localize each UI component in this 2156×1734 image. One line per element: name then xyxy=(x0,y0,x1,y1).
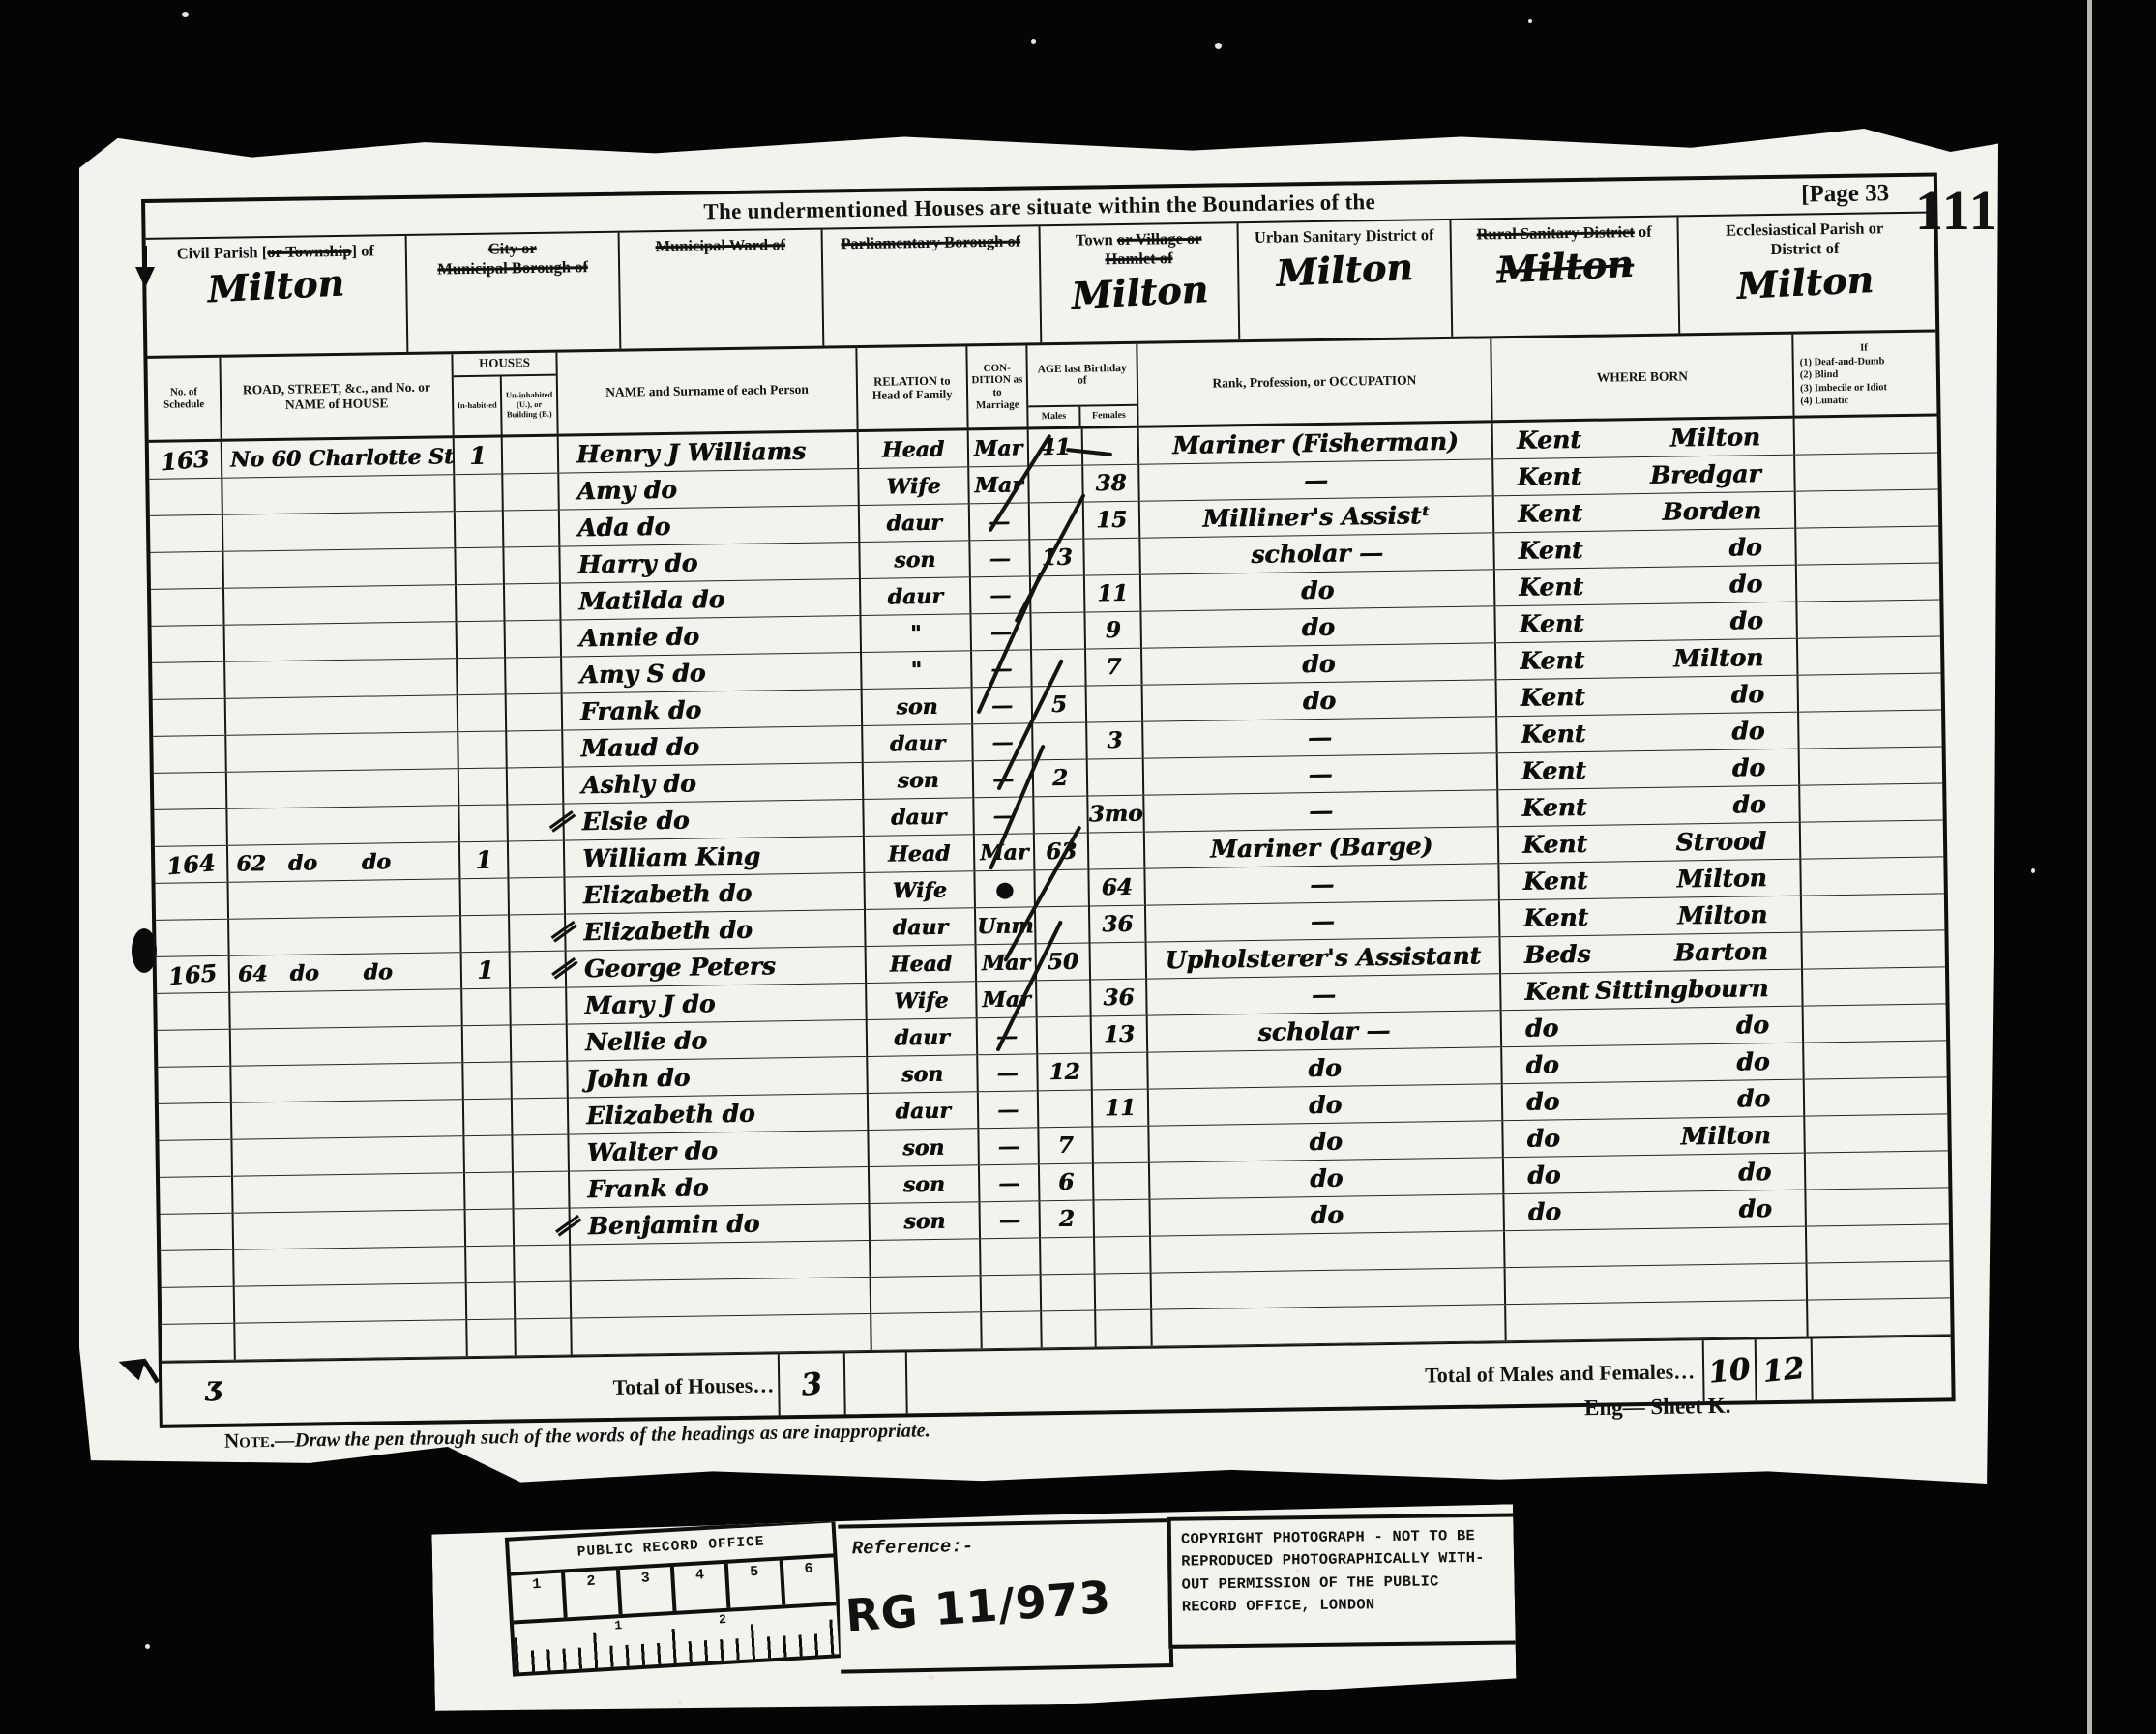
cell-age-female xyxy=(1095,1237,1152,1274)
cell-age-female: 7 xyxy=(1086,649,1143,686)
cell-relation: daur xyxy=(860,504,971,542)
cell-occupation: Mariner (Fisherman) xyxy=(1139,423,1494,463)
cell-age-male xyxy=(1038,1017,1093,1054)
cell-relation xyxy=(871,1312,983,1350)
cell-occupation: do xyxy=(1150,1158,1505,1198)
box-ecclesiastical: Ecclesiastical Parish or District of Mil… xyxy=(1678,214,1932,334)
cell-where-born: dodo xyxy=(1503,1080,1806,1121)
cell-occupation: do xyxy=(1150,1194,1505,1235)
cell-infirmities xyxy=(1795,454,1934,491)
cell-name: Ashly do xyxy=(564,763,865,804)
cell-occupation: do xyxy=(1141,570,1496,610)
cell-uninhabited xyxy=(516,1282,573,1319)
scale-number: 2 xyxy=(565,1570,622,1617)
cell-schedule-number xyxy=(159,1103,233,1140)
header-where-born: WHERE BORN xyxy=(1491,335,1794,421)
cell-age-female: 36 xyxy=(1091,980,1148,1016)
cell-relation: Head xyxy=(859,430,970,468)
cell-age-female xyxy=(1094,1163,1151,1200)
cell-relation: son xyxy=(863,688,974,725)
cell-age-female: 11 xyxy=(1085,575,1142,612)
cell-infirmities xyxy=(1804,1041,1943,1078)
cell-relation xyxy=(871,1276,983,1313)
cell-infirmities xyxy=(1806,1151,1945,1189)
census-form-table: The undermentioned Houses are situate wi… xyxy=(141,172,1956,1427)
cell-relation: son xyxy=(864,761,975,799)
cell-where-born: dodo xyxy=(1504,1190,1807,1231)
header-relation: RELATION to Head of Family xyxy=(857,346,968,429)
cell-infirmities xyxy=(1808,1298,1947,1336)
totals-margin: ʒ xyxy=(162,1361,338,1425)
cell-schedule-number xyxy=(156,920,230,956)
cell-condition: — xyxy=(970,540,1031,576)
cell-infirmities xyxy=(1807,1224,1946,1262)
cell-inhabited xyxy=(461,915,511,952)
cell-inhabited xyxy=(458,731,508,768)
cell-uninhabited xyxy=(514,1172,571,1209)
cell-road-street: 64 do do xyxy=(230,953,463,992)
parliamentary-borough-label: Parliamentary Borough of xyxy=(823,231,1039,253)
cell-road-street xyxy=(231,1026,464,1066)
cell-inhabited xyxy=(455,474,504,511)
town-village-label: Town or Village or Hamlet of xyxy=(1041,228,1238,270)
header-houses-group: HOUSES In-habit-ed Un-inhabited (U.), or… xyxy=(453,353,558,436)
total-houses-label: Total of Houses… xyxy=(337,1354,781,1422)
cell-occupation: do xyxy=(1149,1084,1504,1125)
cell-name: George Peters xyxy=(567,947,868,987)
cell-uninhabited xyxy=(503,474,560,511)
cell-inhabited xyxy=(459,768,509,805)
film-speck xyxy=(1296,1569,1300,1572)
cell-inhabited xyxy=(463,1062,513,1099)
box-urban-sanitary: Urban Sanitary District of Milton xyxy=(1238,220,1453,339)
totals-spacer xyxy=(845,1352,908,1414)
cell-infirmities xyxy=(1796,490,1935,528)
cell-road-street xyxy=(229,916,462,955)
cell-uninhabited xyxy=(504,547,561,584)
total-males-value: 10 xyxy=(1702,1339,1757,1401)
header-houses: HOUSES xyxy=(453,353,555,378)
cell-uninhabited xyxy=(513,1135,570,1172)
cell-occupation xyxy=(1151,1231,1506,1272)
cell-occupation: scholar — xyxy=(1140,533,1495,573)
cell-road-street xyxy=(235,1320,468,1360)
cell-name: Nellie do xyxy=(568,1020,869,1061)
cell-age-female xyxy=(1084,539,1141,575)
cell-condition: — xyxy=(978,1054,1039,1091)
cell-where-born xyxy=(1505,1227,1808,1268)
cell-schedule-number xyxy=(161,1214,235,1250)
cell-infirmities xyxy=(1798,637,1937,675)
cell-inhabited xyxy=(462,988,512,1025)
cell-name xyxy=(572,1278,872,1318)
cell-inhabited xyxy=(458,621,507,658)
cell-where-born: Kentdo xyxy=(1495,602,1798,643)
cell-condition: — xyxy=(971,613,1032,650)
cell-schedule-number xyxy=(150,515,224,552)
cell-age-female: 9 xyxy=(1085,612,1142,649)
cell-uninhabited xyxy=(512,1062,569,1099)
cell-where-born: Kentdo xyxy=(1497,676,1800,717)
boundary-title: The undermentioned Houses are situate wi… xyxy=(703,190,1375,224)
cell-where-born: Kentdo xyxy=(1498,786,1801,827)
cell-age-male: 63 xyxy=(1035,834,1090,870)
cell-inhabited xyxy=(459,805,509,841)
box-parliamentary-borough: Parliamentary Borough of xyxy=(823,226,1043,345)
cell-where-born: KentMilton xyxy=(1493,419,1796,459)
census-page-paper: 111 The undermentioned Houses are situat… xyxy=(79,122,1998,1484)
cell-name: Matilda do xyxy=(561,579,862,620)
reference-stamp-box: Reference:- RG 11/973 xyxy=(838,1518,1173,1674)
cell-relation: daur xyxy=(866,908,977,946)
cell-uninhabited xyxy=(515,1246,572,1282)
cell-name: Amy S do xyxy=(562,653,863,693)
cell-occupation: — xyxy=(1145,864,1500,904)
cell-schedule-number xyxy=(160,1177,234,1214)
cell-inhabited xyxy=(464,1099,514,1135)
cell-uninhabited xyxy=(506,658,563,694)
cell-infirmities xyxy=(1808,1261,1947,1299)
cell-condition: Unm xyxy=(976,907,1037,944)
cell-name: Elizabeth do xyxy=(569,1094,870,1134)
total-females-value: 12 xyxy=(1757,1339,1814,1401)
cell-occupation: — xyxy=(1147,974,1502,1014)
total-houses-value: 3 xyxy=(780,1353,846,1415)
cell-infirmities xyxy=(1804,1004,1943,1042)
cell-name: Frank do xyxy=(570,1167,871,1208)
cell-occupation: — xyxy=(1144,753,1499,794)
cell-occupation xyxy=(1152,1305,1507,1345)
cell-schedule-number: 165 xyxy=(157,956,231,993)
cell-infirmities xyxy=(1800,784,1939,822)
municipal-ward-label: Municipal Ward of xyxy=(620,235,821,257)
cell-infirmities xyxy=(1805,1077,1944,1115)
cell-age-female xyxy=(1093,1127,1150,1163)
cell-inhabited: 1 xyxy=(455,437,504,474)
cell-name: Henry J Williams xyxy=(559,432,860,473)
cell-name: Elsie do xyxy=(564,800,865,840)
cell-age-female xyxy=(1092,1053,1149,1090)
cell-age-female xyxy=(1094,1200,1151,1237)
cell-condition xyxy=(982,1311,1043,1348)
cell-relation xyxy=(871,1239,982,1277)
cell-inhabited xyxy=(465,1172,515,1209)
cell-relation: Head xyxy=(867,945,978,983)
census-entries: 163 No 60 Charlotte St 1 Henry J William… xyxy=(149,416,1951,1361)
film-speck xyxy=(1528,19,1532,23)
cell-age-female xyxy=(1088,759,1145,796)
header-occupation: Rank, Profession, or OCCUPATION xyxy=(1137,338,1492,425)
box-town-village: Town or Village or Hamlet of Milton xyxy=(1041,223,1241,342)
cell-occupation: scholar — xyxy=(1148,1011,1503,1051)
cell-where-born xyxy=(1506,1301,1809,1341)
cell-road-street xyxy=(227,769,460,808)
cell-infirmities xyxy=(1795,417,1934,455)
cell-uninhabited xyxy=(505,584,562,621)
cell-age-female xyxy=(1089,833,1146,869)
cell-where-born: Kentdo xyxy=(1495,566,1798,606)
cell-infirmities xyxy=(1798,674,1937,712)
cell-age-female: 36 xyxy=(1090,906,1147,943)
urban-sanitary-value: Milton xyxy=(1275,245,1414,295)
cell-condition xyxy=(981,1238,1042,1275)
cell-infirmities xyxy=(1800,748,1939,785)
scale-number: 6 xyxy=(783,1557,836,1604)
cell-relation: " xyxy=(862,651,973,689)
cell-age-female: 3mo xyxy=(1088,796,1145,833)
reference-label: Reference:- xyxy=(852,1536,974,1559)
cell-where-born: KentMilton xyxy=(1499,860,1802,900)
cell-relation: Wife xyxy=(859,467,970,505)
cell-age-male: 12 xyxy=(1038,1054,1093,1091)
cell-name: John do xyxy=(568,1057,869,1098)
cell-where-born: BedsBarton xyxy=(1500,933,1803,974)
cell-where-born: dodo xyxy=(1502,1043,1805,1084)
cell-age-female xyxy=(1087,686,1144,722)
cell-condition: ● xyxy=(975,870,1036,907)
cell-road-street xyxy=(234,1210,467,1249)
cell-age-male xyxy=(1039,1091,1094,1128)
cell-road-street xyxy=(227,806,460,845)
cell-road-street xyxy=(225,659,458,698)
cell-inhabited xyxy=(460,878,510,915)
cell-name: Benjamin do xyxy=(571,1204,871,1245)
cell-inhabited xyxy=(457,584,506,621)
cell-age-male: 7 xyxy=(1039,1128,1094,1164)
cell-occupation: do xyxy=(1143,680,1498,720)
cell-condition: Mar xyxy=(969,429,1030,466)
header-females: Females xyxy=(1080,406,1137,426)
cell-relation: daur xyxy=(861,577,972,615)
cell-road-street xyxy=(231,1063,464,1102)
cell-name: Maud do xyxy=(563,726,864,767)
public-record-office-stamp: PUBLIC RECORD OFFICE 1 2 3 4 5 6 1 2 xyxy=(505,1518,843,1676)
cell-occupation: do xyxy=(1141,606,1496,647)
pen-arrow-bottom-mark xyxy=(115,1351,146,1381)
header-name: NAME and Surname of each Person xyxy=(557,348,858,434)
municipal-borough-label: City or Municipal Borough of xyxy=(407,238,619,279)
cell-infirmities xyxy=(1805,1114,1944,1152)
cell-infirmities xyxy=(1797,601,1936,638)
cell-condition: — xyxy=(980,1201,1041,1238)
cell-name xyxy=(571,1241,871,1281)
film-edge-line xyxy=(2087,0,2092,1734)
cell-road-street xyxy=(223,548,457,588)
cell-inhabited xyxy=(463,1025,513,1062)
cell-uninhabited xyxy=(506,621,563,658)
rural-sanitary-label: Rural Sanitary District of xyxy=(1452,221,1677,245)
cell-where-born xyxy=(1506,1264,1809,1305)
box-municipal-borough: City or Municipal Borough of xyxy=(407,233,622,352)
film-speck xyxy=(182,12,189,17)
cell-where-born: KentBorden xyxy=(1494,492,1797,533)
cell-infirmities xyxy=(1797,564,1936,602)
cell-infirmities xyxy=(1803,967,1942,1005)
cell-condition: — xyxy=(980,1164,1041,1201)
cell-relation: son xyxy=(869,1129,980,1166)
cell-age-male xyxy=(1036,907,1091,944)
cell-infirmities xyxy=(1801,857,1940,895)
cell-infirmities xyxy=(1802,930,1941,968)
cell-uninhabited xyxy=(508,768,565,805)
cell-inhabited xyxy=(467,1319,517,1356)
header-age-group: AGE last Birthday of Males Females xyxy=(1027,344,1138,427)
cell-name: Walter do xyxy=(569,1131,870,1171)
cell-where-born: Kentdo xyxy=(1498,749,1801,790)
cell-age-male xyxy=(1037,981,1092,1017)
cell-age-male: 41 xyxy=(1029,429,1084,466)
cell-relation: son xyxy=(870,1202,981,1240)
cell-road-street xyxy=(228,879,461,919)
cell-where-born: KentMilton xyxy=(1496,639,1799,680)
sheet-label: Eng— Sheet K. xyxy=(1584,1394,1731,1421)
cell-where-born: Kentdo xyxy=(1494,529,1797,570)
cell-schedule-number: 163 xyxy=(149,442,223,479)
cell-uninhabited xyxy=(503,437,560,474)
cell-schedule-number xyxy=(159,1140,233,1177)
archive-stamp-strip: PUBLIC RECORD OFFICE 1 2 3 4 5 6 1 2 Ref… xyxy=(431,1504,1517,1716)
cell-inhabited xyxy=(456,547,505,584)
film-speck xyxy=(929,1675,934,1680)
cell-occupation: Upholsterer's Assistant xyxy=(1147,937,1502,978)
cell-schedule-number xyxy=(158,1067,232,1103)
cell-relation: son xyxy=(870,1165,981,1203)
cell-road-street xyxy=(232,1100,465,1139)
cell-inhabited xyxy=(464,1135,514,1172)
cell-schedule-number xyxy=(162,1287,236,1324)
scale-number: 3 xyxy=(620,1567,677,1614)
cell-age-male: 2 xyxy=(1034,760,1089,797)
census-scan-photograph: { "page": { "boundary_title": "The under… xyxy=(0,0,2156,1734)
copyright-line: RECORD OFFICE, LONDON xyxy=(1182,1592,1517,1618)
header-infirmities: If (1) Deaf-and-Dumb (2) Blind (3) Imbec… xyxy=(1793,333,1933,416)
totals-infirmities-cell xyxy=(1813,1337,1952,1399)
cell-age-female xyxy=(1096,1310,1153,1347)
cell-uninhabited xyxy=(513,1099,570,1135)
cell-relation: son xyxy=(868,1055,979,1093)
civil-parish-value: Milton xyxy=(207,261,346,311)
cell-age-male xyxy=(1042,1310,1097,1347)
cell-age-male xyxy=(1042,1274,1097,1310)
cell-occupation: — xyxy=(1139,459,1494,500)
header-schedule: No. ofSchedule xyxy=(147,358,222,440)
header-age: AGE last Birthday of xyxy=(1027,344,1137,406)
cell-road-street: No 60 Charlotte St xyxy=(222,438,456,478)
copyright-line: REPRODUCED PHOTOGRAPHICALLY WITH- xyxy=(1181,1547,1516,1573)
cell-road-street xyxy=(233,1173,466,1213)
cell-road-street xyxy=(230,989,463,1029)
copyright-stamp-box: COPYRIGHT PHOTOGRAPH - NOT TO BE REPRODU… xyxy=(1167,1513,1531,1649)
cell-where-born: dodo xyxy=(1504,1154,1807,1194)
cell-where-born: dodo xyxy=(1502,1007,1805,1047)
cell-name: Frank do xyxy=(563,690,864,730)
cell-age-male xyxy=(1041,1237,1096,1274)
cell-uninhabited xyxy=(509,841,566,878)
cell-where-born: Kentdo xyxy=(1497,713,1800,753)
cell-name: William King xyxy=(565,837,866,877)
cell-infirmities xyxy=(1806,1188,1945,1225)
cell-where-born: KentBredgar xyxy=(1493,456,1796,496)
cell-relation: daur xyxy=(868,1018,979,1056)
cell-name: Amy do xyxy=(559,469,860,510)
urban-sanitary-label: Urban Sanitary District of xyxy=(1239,225,1450,248)
cell-uninhabited xyxy=(511,988,568,1025)
cell-name: Mary J do xyxy=(567,984,868,1024)
cell-schedule-number xyxy=(152,626,226,662)
header-condition: CON-DITION as to Marriage xyxy=(967,345,1028,427)
cell-uninhabited xyxy=(509,878,566,915)
cell-occupation: — xyxy=(1143,717,1498,757)
cell-age-female: 15 xyxy=(1084,502,1141,539)
header-inhabited: In-habit-ed xyxy=(454,376,503,435)
cell-road-street xyxy=(235,1283,468,1323)
cell-schedule-number xyxy=(154,809,228,846)
cell-uninhabited xyxy=(516,1319,573,1356)
cell-relation: Wife xyxy=(865,871,976,909)
cell-condition: — xyxy=(979,1091,1040,1128)
film-speck xyxy=(1215,43,1222,49)
cell-infirmities xyxy=(1801,820,1940,858)
cell-age-female: 11 xyxy=(1093,1090,1150,1127)
cell-road-street xyxy=(225,622,458,661)
cell-name: Elizabeth do xyxy=(566,910,867,951)
cell-infirmities xyxy=(1796,527,1935,565)
film-speck xyxy=(2031,868,2035,873)
cell-road-street xyxy=(226,732,459,772)
cell-age-male xyxy=(1031,613,1086,650)
cell-age-female: 13 xyxy=(1092,1016,1149,1053)
cell-inhabited xyxy=(467,1282,517,1319)
cell-age-female: 38 xyxy=(1083,465,1140,502)
cell-schedule-number xyxy=(154,773,228,809)
ruler-number: 2 xyxy=(719,1612,727,1627)
cell-age-female: 3 xyxy=(1087,722,1144,759)
cell-schedule-number xyxy=(162,1324,236,1361)
cell-schedule-number xyxy=(161,1250,235,1287)
cell-schedule-number xyxy=(153,699,227,736)
cell-where-born: KentSittingbourn xyxy=(1501,970,1804,1011)
cell-inhabited: 1 xyxy=(462,952,512,988)
cell-name: Ada do xyxy=(560,506,861,546)
cell-road-street xyxy=(226,695,459,735)
cell-uninhabited xyxy=(504,511,561,547)
cell-age-female xyxy=(1091,943,1148,980)
cell-age-female xyxy=(1083,428,1140,465)
film-speck xyxy=(145,1644,150,1649)
cell-occupation: Mariner (Barge) xyxy=(1145,827,1500,867)
cell-occupation: do xyxy=(1149,1121,1504,1161)
cell-schedule-number xyxy=(153,736,227,773)
cell-inhabited xyxy=(458,658,507,694)
cell-road-street xyxy=(223,512,457,551)
cell-schedule-number xyxy=(156,883,230,920)
page-number-label: [Page 33 xyxy=(1801,180,1889,208)
scale-number: 4 xyxy=(674,1564,731,1611)
cell-age-female: 64 xyxy=(1089,869,1146,906)
cell-where-born: KentMilton xyxy=(1500,896,1803,937)
cell-occupation: — xyxy=(1144,790,1499,831)
cell-where-born: KentStrood xyxy=(1499,823,1802,864)
cell-age-male: 6 xyxy=(1040,1163,1095,1200)
cell-condition: Mar xyxy=(977,944,1038,981)
cell-where-born: doMilton xyxy=(1503,1117,1806,1158)
header-males: Males xyxy=(1028,407,1080,427)
cell-occupation: — xyxy=(1146,900,1501,941)
cell-inhabited xyxy=(466,1209,516,1246)
cell-inhabited: 1 xyxy=(460,841,510,878)
cell-schedule-number xyxy=(149,479,223,515)
cell-uninhabited xyxy=(507,731,564,768)
